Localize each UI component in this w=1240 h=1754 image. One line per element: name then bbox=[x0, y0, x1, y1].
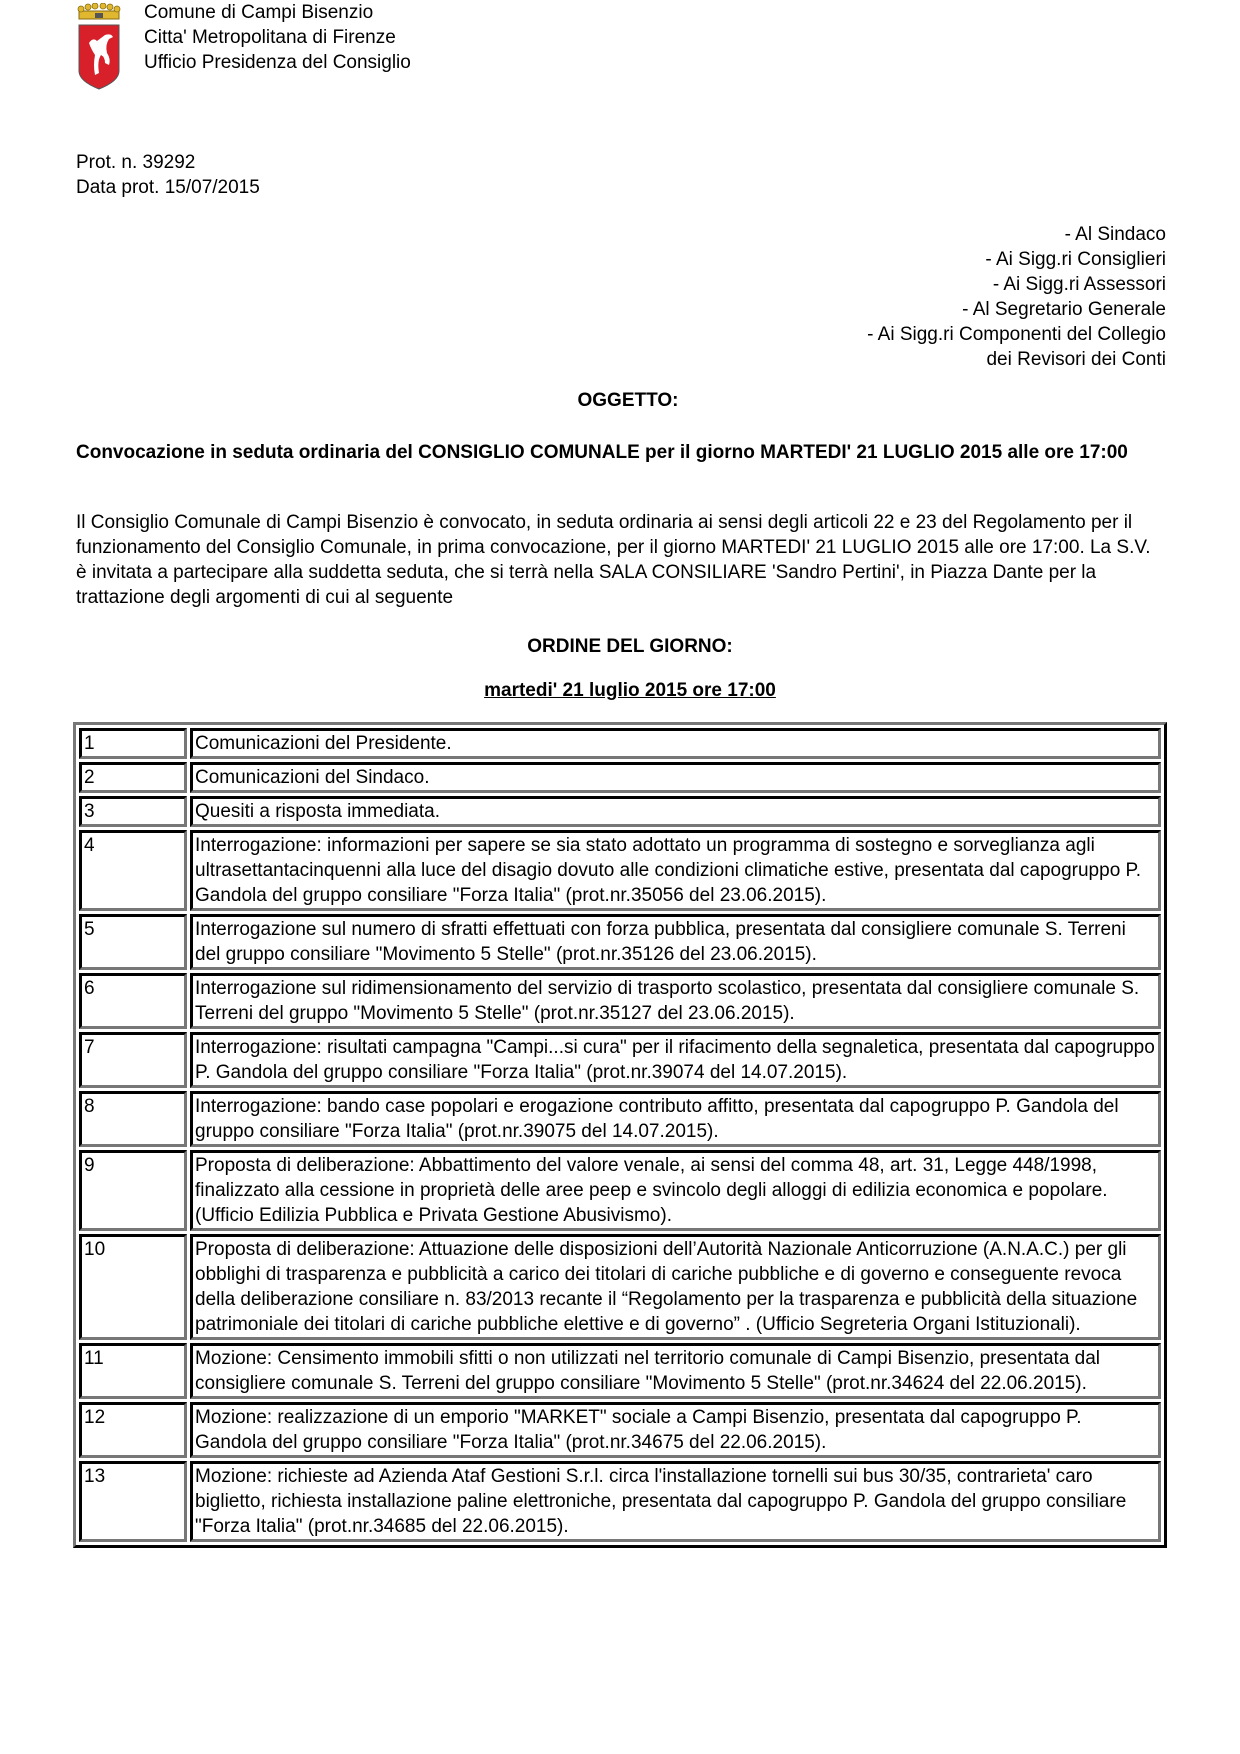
agenda-item-number: 1 bbox=[79, 728, 187, 759]
table-row: 9Proposta di deliberazione: Abbattimento… bbox=[79, 1150, 1161, 1231]
recipients-list: - Al Sindaco - Ai Sigg.ri Consiglieri - … bbox=[867, 222, 1166, 372]
agenda-item-text: Interrogazione: informazioni per sapere … bbox=[190, 830, 1161, 911]
table-row: 1Comunicazioni del Presidente. bbox=[79, 728, 1161, 759]
agenda-item-text: Comunicazioni del Presidente. bbox=[190, 728, 1161, 759]
coat-of-arms-logo bbox=[75, 3, 123, 91]
agenda-item-number: 13 bbox=[79, 1461, 187, 1542]
subject-heading: OGGETTO: bbox=[0, 390, 1240, 412]
agenda-item-number: 8 bbox=[79, 1091, 187, 1147]
agenda-item-text: Proposta di deliberazione: Abbattimento … bbox=[190, 1150, 1161, 1231]
agenda-date: martedi' 21 luglio 2015 ore 17:00 bbox=[0, 680, 1240, 702]
agenda-item-text: Quesiti a risposta immediata. bbox=[190, 796, 1161, 827]
table-row: 13Mozione: richieste ad Azienda Ataf Ges… bbox=[79, 1461, 1161, 1542]
recipient: - Ai Sigg.ri Assessori bbox=[867, 272, 1166, 297]
agenda-item-number: 7 bbox=[79, 1032, 187, 1088]
agenda-item-text: Interrogazione sul ridimensionamento del… bbox=[190, 973, 1161, 1029]
agenda-item-text: Mozione: realizzazione di un emporio "MA… bbox=[190, 1402, 1161, 1458]
subject-heading-label: OGGETTO: bbox=[578, 390, 679, 411]
agenda-item-number: 11 bbox=[79, 1343, 187, 1399]
subject-council: CONSIGLIO COMUNALE bbox=[418, 442, 640, 463]
agenda-item-text: Interrogazione: risultati campagna "Camp… bbox=[190, 1032, 1161, 1088]
table-row: 10Proposta di deliberazione: Attuazione … bbox=[79, 1234, 1161, 1340]
table-row: 6Interrogazione sul ridimensionamento de… bbox=[79, 973, 1161, 1029]
agenda-item-text: Mozione: richieste ad Azienda Ataf Gesti… bbox=[190, 1461, 1161, 1542]
office-name: Ufficio Presidenza del Consiglio bbox=[144, 50, 411, 75]
agenda-item-number: 10 bbox=[79, 1234, 187, 1340]
protocol-info: Prot. n. 39292 Data prot. 15/07/2015 bbox=[76, 150, 260, 200]
agenda-item-text: Comunicazioni del Sindaco. bbox=[190, 762, 1161, 793]
recipient: - Ai Sigg.ri Componenti del Collegio bbox=[867, 322, 1166, 347]
protocol-number: Prot. n. 39292 bbox=[76, 150, 260, 175]
table-row: 5Interrogazione sul numero di sfratti ef… bbox=[79, 914, 1161, 970]
municipality-name: Comune di Campi Bisenzio bbox=[144, 0, 411, 25]
recipient: dei Revisori dei Conti bbox=[867, 347, 1166, 372]
agenda-heading: ORDINE DEL GIORNO: bbox=[0, 636, 1240, 658]
office-header: Comune di Campi Bisenzio Citta' Metropol… bbox=[144, 0, 411, 75]
agenda-item-number: 4 bbox=[79, 830, 187, 911]
recipient: - Al Segretario Generale bbox=[867, 297, 1166, 322]
subject-line: Convocazione in seduta ordinaria del CON… bbox=[76, 440, 1166, 465]
table-row: 3Quesiti a risposta immediata. bbox=[79, 796, 1161, 827]
agenda-date-label: martedi' 21 luglio 2015 ore 17:00 bbox=[484, 680, 776, 701]
agenda-heading-label: ORDINE DEL GIORNO: bbox=[527, 636, 733, 657]
table-row: 8Interrogazione: bando case popolari e e… bbox=[79, 1091, 1161, 1147]
recipient: - Al Sindaco bbox=[867, 222, 1166, 247]
agenda-item-number: 3 bbox=[79, 796, 187, 827]
agenda-item-number: 12 bbox=[79, 1402, 187, 1458]
table-row: 11Mozione: Censimento immobili sfitti o … bbox=[79, 1343, 1161, 1399]
subject-text: Convocazione in seduta ordinaria del bbox=[76, 442, 418, 463]
agenda-table: 1Comunicazioni del Presidente.2Comunicaz… bbox=[73, 722, 1167, 1548]
table-row: 2Comunicazioni del Sindaco. bbox=[79, 762, 1161, 793]
table-row: 12Mozione: realizzazione di un emporio "… bbox=[79, 1402, 1161, 1458]
agenda-item-text: Interrogazione: bando case popolari e er… bbox=[190, 1091, 1161, 1147]
recipient: - Ai Sigg.ri Consiglieri bbox=[867, 247, 1166, 272]
subject-date: per il giorno MARTEDI' 21 LUGLIO 2015 al… bbox=[640, 442, 1128, 463]
metropolitan-city: Citta' Metropolitana di Firenze bbox=[144, 25, 411, 50]
protocol-date: Data prot. 15/07/2015 bbox=[76, 175, 260, 200]
agenda-item-text: Interrogazione sul numero di sfratti eff… bbox=[190, 914, 1161, 970]
table-row: 4Interrogazione: informazioni per sapere… bbox=[79, 830, 1161, 911]
agenda-item-text: Proposta di deliberazione: Attuazione de… bbox=[190, 1234, 1161, 1340]
agenda-item-number: 6 bbox=[79, 973, 187, 1029]
shield-icon bbox=[75, 3, 123, 91]
agenda-item-text: Mozione: Censimento immobili sfitti o no… bbox=[190, 1343, 1161, 1399]
agenda-item-number: 2 bbox=[79, 762, 187, 793]
table-row: 7Interrogazione: risultati campagna "Cam… bbox=[79, 1032, 1161, 1088]
convocation-paragraph: Il Consiglio Comunale di Campi Bisenzio … bbox=[76, 510, 1166, 610]
agenda-item-number: 9 bbox=[79, 1150, 187, 1231]
agenda-item-number: 5 bbox=[79, 914, 187, 970]
